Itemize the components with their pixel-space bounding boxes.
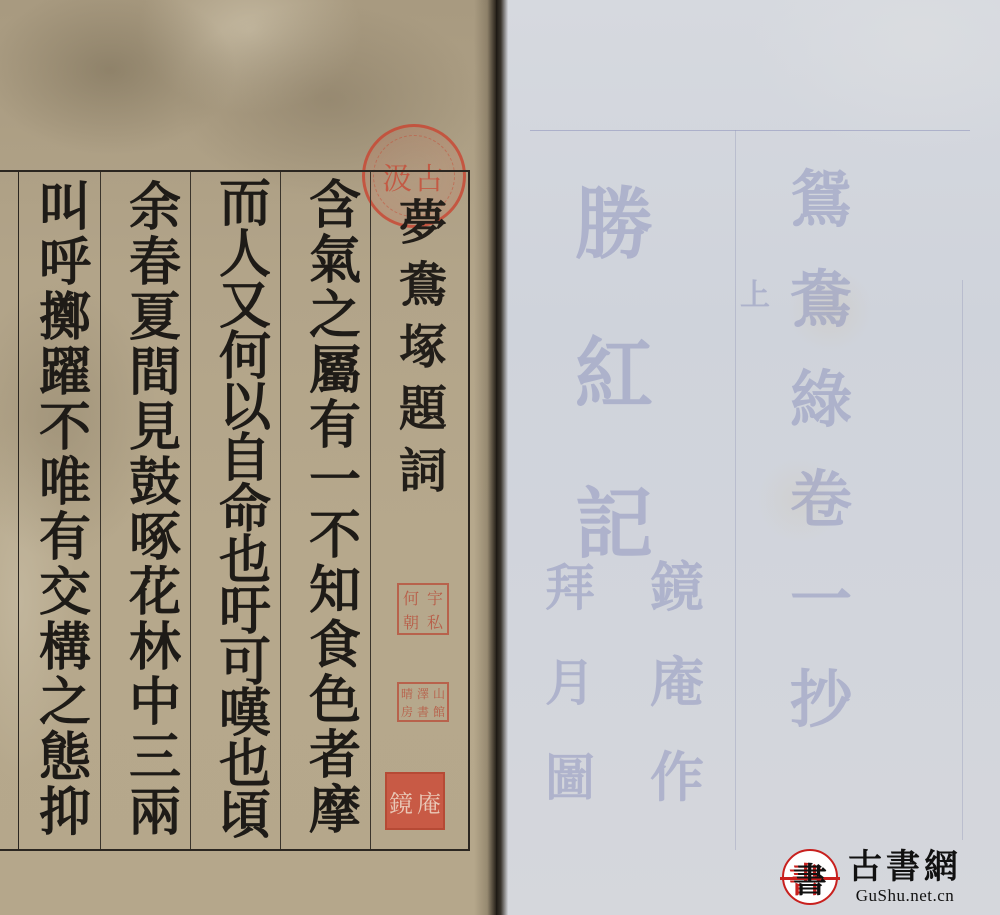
text-char: 者 [303, 728, 367, 783]
ghost-char: 庵 [650, 635, 704, 730]
ghost-char: 作 [650, 730, 704, 825]
text-char: 之 [33, 675, 97, 730]
seal-char: 庵 [417, 784, 441, 819]
ghost-char: 綠 [790, 350, 852, 450]
ghost-frame-rule [530, 130, 970, 131]
seal-char: 書 [417, 703, 429, 720]
text-char: 有 [33, 510, 97, 565]
text-char: 躍 [33, 345, 97, 400]
printed-frame: 夢 鴦 塚 題 詞 含 氣 之 屬 有 一 不 知 食 色 者 摩 而 人 又 … [18, 170, 470, 851]
seal-char: 晴 [401, 685, 413, 702]
text-char: 以 [213, 382, 277, 433]
frame-left-rule [18, 172, 19, 849]
text-column-1: 含 氣 之 屬 有 一 不 知 食 色 者 摩 [300, 178, 370, 838]
seal-char: 山 [433, 685, 445, 702]
text-char: 擲 [33, 290, 97, 345]
column-rule [370, 172, 371, 849]
text-char: 又 [213, 280, 277, 331]
title-char: 塚 [391, 316, 455, 378]
text-char: 可 [213, 637, 277, 688]
text-char: 食 [303, 618, 367, 673]
page-edge-shadow [474, 0, 496, 915]
square-seal-3: 鏡 庵 [385, 772, 445, 830]
text-char: 唯 [33, 455, 97, 510]
ghost-char: 勝 [575, 150, 653, 300]
ghost-char: 卷 [790, 450, 852, 550]
text-char: 態 [33, 730, 97, 785]
ghost-column-rule [735, 130, 736, 850]
text-char: 間 [123, 345, 187, 400]
logo-text: 古書網 GuShu.net.cn [848, 848, 962, 906]
ghost-char: 鴦 [790, 250, 852, 350]
text-char: 兩 [123, 785, 187, 840]
text-char: 中 [123, 675, 187, 730]
frame-top-extension [0, 170, 18, 172]
title-char: 夢 [391, 192, 455, 254]
title-column: 夢 鴦 塚 題 詞 [388, 192, 458, 502]
text-char: 不 [33, 400, 97, 455]
text-char: 有 [303, 398, 367, 453]
seal-char: 鏡 [389, 784, 413, 819]
column-rule [190, 172, 191, 849]
text-char: 也 [213, 739, 277, 790]
ghost-char: 上 [740, 270, 770, 314]
text-char: 知 [303, 563, 367, 618]
ghost-char: 圖 [545, 730, 595, 825]
text-char: 自 [213, 433, 277, 484]
text-column-4: 叫 呼 擲 躍 不 唯 有 交 構 之 態 抑 [30, 180, 100, 840]
text-char: 鼓 [123, 455, 187, 510]
title-char: 鴦 [391, 254, 455, 316]
column-rule [280, 172, 281, 849]
text-char: 頃 [213, 790, 277, 841]
ghost-char: 月 [545, 635, 595, 730]
text-char: 命 [213, 484, 277, 535]
text-char: 人 [213, 229, 277, 280]
ghost-char: 鴛 [790, 150, 852, 250]
text-char: 構 [33, 620, 97, 675]
ghost-small-column: 上 [740, 270, 770, 314]
column-rule [100, 172, 101, 849]
text-char: 含 [303, 178, 367, 233]
ghost-column-rule [962, 280, 963, 840]
text-char: 嘆 [213, 688, 277, 739]
text-char: 三 [123, 730, 187, 785]
text-char: 之 [303, 288, 367, 343]
ghost-char: 拜 [545, 540, 595, 635]
text-char: 色 [303, 673, 367, 728]
ghost-char: 一 [790, 550, 852, 650]
gushu-watermark-logo: 書 古書網 GuShu.net.cn [782, 848, 962, 906]
seal-char: 房 [401, 703, 413, 720]
text-char: 而 [213, 178, 277, 229]
ghost-char: 鏡 [650, 540, 704, 635]
seal-char: 澤 [417, 685, 429, 702]
ghost-title-column: 鴛 鴦 綠 卷 一 抄 [790, 150, 852, 750]
square-seal-2: 晴 澤 山 房 書 館 [397, 682, 449, 722]
text-char: 啄 [123, 510, 187, 565]
text-char: 夏 [123, 290, 187, 345]
text-char: 一 [303, 453, 367, 508]
seal-char: 朝 [403, 610, 419, 633]
ghost-main-title: 勝 紅 記 [575, 150, 653, 600]
text-char: 也 [213, 535, 277, 586]
text-char: 花 [123, 565, 187, 620]
frame-bottom-extension [0, 849, 18, 851]
text-char: 吁 [213, 586, 277, 637]
text-char: 叫 [33, 180, 97, 235]
seal-char: 宇 [427, 586, 443, 609]
text-char: 抑 [33, 785, 97, 840]
right-page: 鴛 鴦 綠 卷 一 抄 上 勝 紅 記 鏡 庵 作 拜 月 圖 [500, 0, 1000, 915]
text-char: 何 [213, 331, 277, 382]
text-char: 交 [33, 565, 97, 620]
square-seal-1: 何 宇 朝 私 [397, 583, 449, 635]
text-char: 呼 [33, 235, 97, 290]
seal-char: 何 [403, 586, 419, 609]
text-char: 氣 [303, 233, 367, 288]
book-logo-icon: 書 [782, 849, 838, 905]
seal-char: 館 [433, 703, 445, 720]
logo-glyph: 書 [793, 853, 827, 902]
text-char: 摩 [303, 783, 367, 838]
book-gutter [496, 0, 508, 915]
text-char: 春 [123, 235, 187, 290]
title-char: 題 [391, 378, 455, 440]
text-column-2: 而 人 又 何 以 自 命 也 吁 可 嘆 也 頃 [210, 178, 280, 841]
text-char: 不 [303, 508, 367, 563]
text-char: 屬 [303, 343, 367, 398]
logo-name-en: GuShu.net.cn [856, 886, 955, 906]
ghost-char: 抄 [790, 650, 852, 750]
ghost-author-column: 鏡 庵 作 [650, 540, 704, 825]
left-page: 汲古 夢 鴦 塚 題 詞 含 氣 之 屬 有 一 不 知 食 色 者 [0, 0, 496, 915]
logo-name-cn: 古書網 [848, 848, 962, 886]
text-char: 林 [123, 620, 187, 675]
seal-char: 私 [427, 610, 443, 633]
ghost-char: 紅 [575, 300, 653, 450]
text-column-3: 余 春 夏 間 見 鼓 啄 花 林 中 三 兩 [120, 180, 190, 840]
text-char: 見 [123, 400, 187, 455]
ghost-subtitle-column: 拜 月 圖 [545, 540, 595, 825]
text-char: 余 [123, 180, 187, 235]
title-char: 詞 [391, 440, 455, 502]
